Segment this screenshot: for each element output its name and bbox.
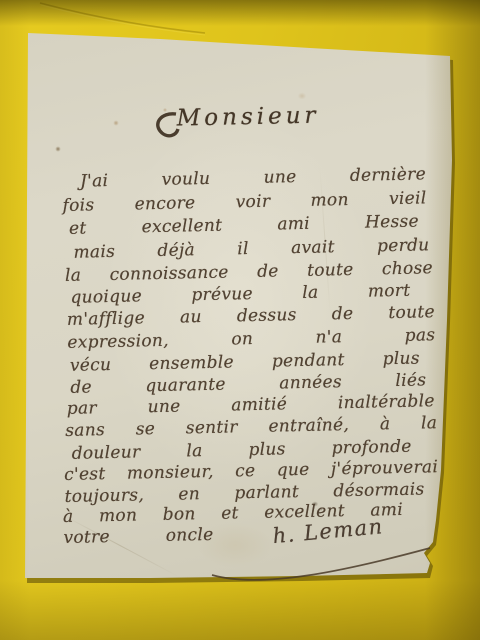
handwriting-line-closing: votre oncle bbox=[63, 525, 213, 548]
salutation: Monsieur bbox=[176, 103, 319, 132]
handwritten-text-block: Monsieur J'ai voulu une dernière fois en… bbox=[0, 0, 480, 640]
handwriting-line: J'ai voulu une dernière bbox=[80, 164, 426, 191]
handwriting-line: et excellent ami Hesse bbox=[69, 211, 419, 238]
photo-of-letter: Monsieur J'ai voulu une dernière fois en… bbox=[0, 0, 480, 640]
